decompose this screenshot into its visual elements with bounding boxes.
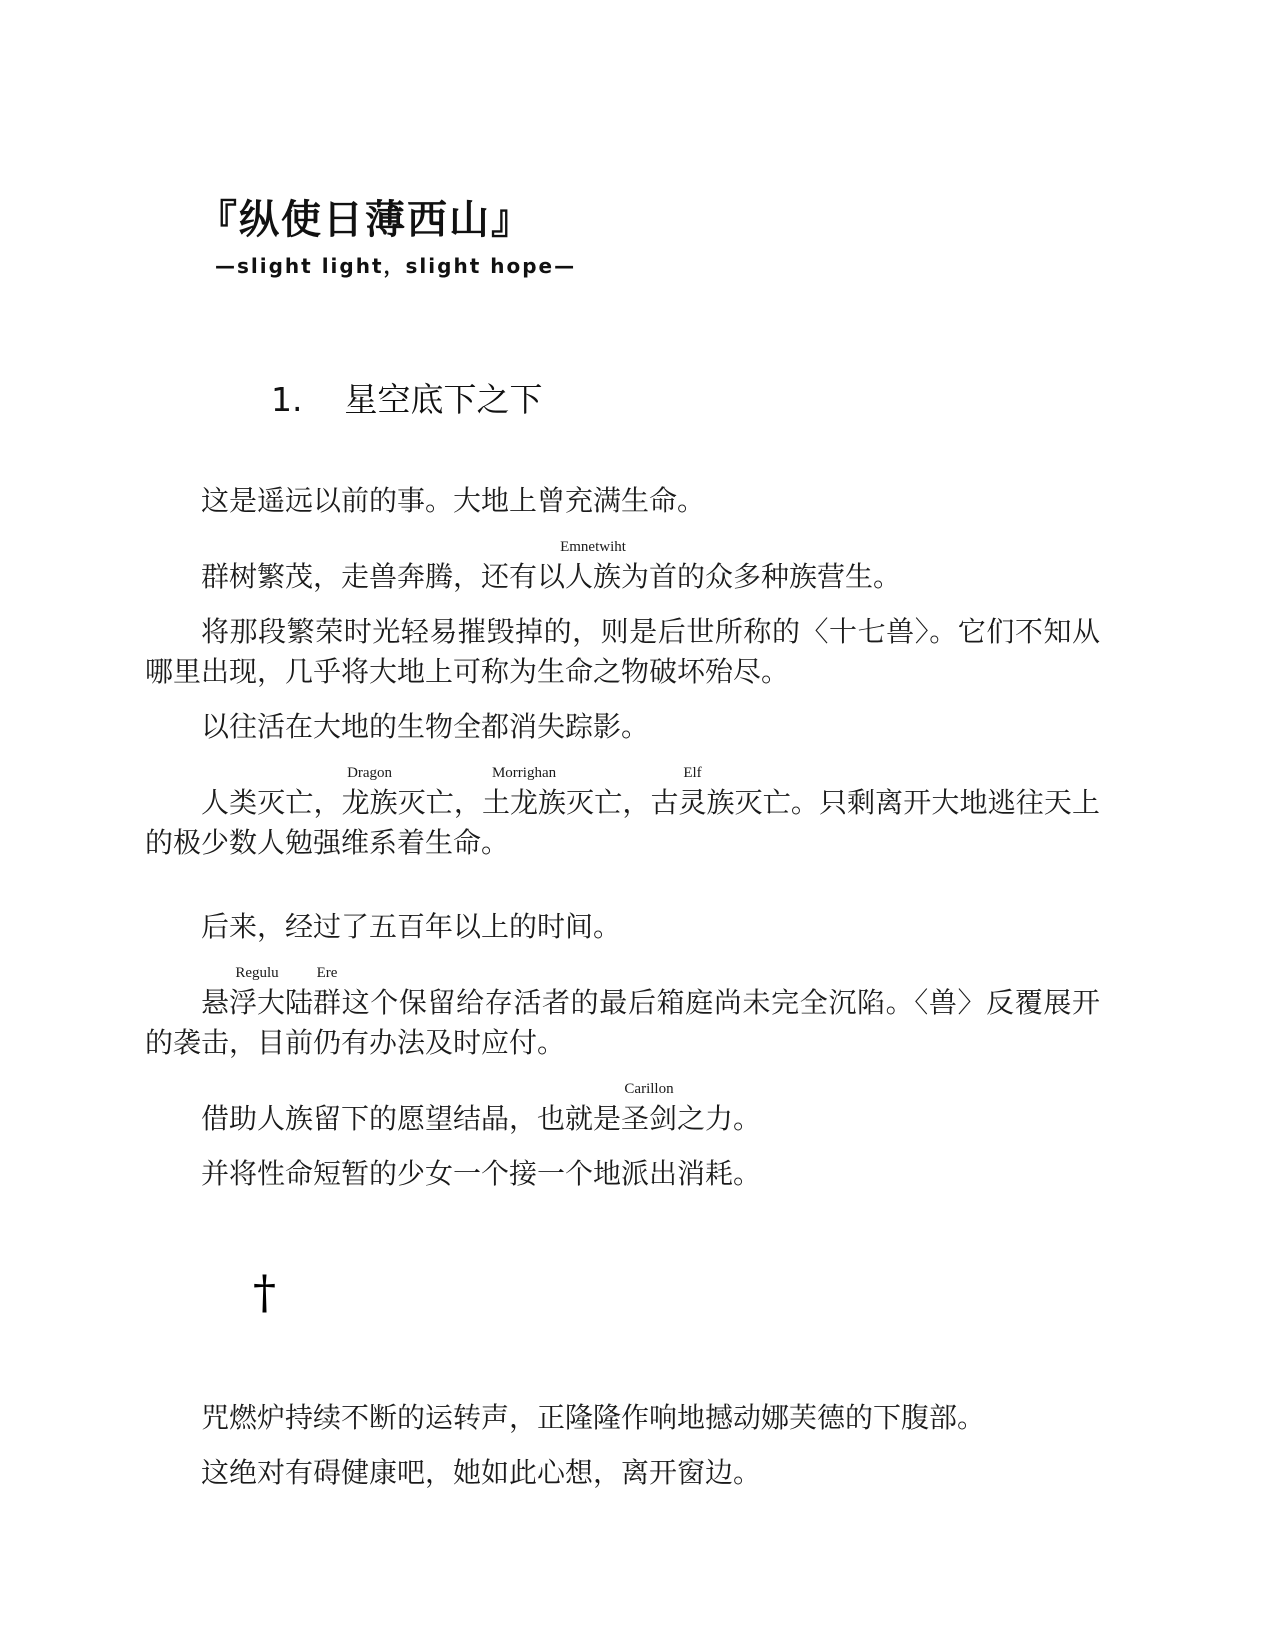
- body-paragraphs-block: 这是遥远以前的事。大地上曾充满生命。群树繁茂，走兽奔腾，还有以人族Emnetwi…: [145, 482, 1100, 1195]
- ruby-annotation: Regulu: [235, 965, 278, 981]
- chapter-number: 1.: [271, 378, 303, 422]
- closing-paragraphs-block: 咒燃炉持续不断的运转声，正隆隆作响地撼动娜芙德的下腹部。这绝对有碍健康吧，她如此…: [145, 1399, 1100, 1494]
- ruby-annotated-term: 圣剑Carillon: [621, 1100, 677, 1140]
- ruby-annotation: Dragon: [347, 765, 392, 781]
- ruby-annotated-term: 群Ere: [313, 984, 341, 1024]
- paragraph: 后来，经过了五百年以上的时间。: [145, 908, 1100, 948]
- paragraph: 并将性命短暂的少女一个接一个地派出消耗。: [145, 1155, 1100, 1195]
- ruby-annotated-term: 古灵族Elf: [651, 784, 735, 824]
- paragraph: 人类灭亡，龙族Dragon灭亡，土龙族Morrighan灭亡，古灵族Elf灭亡。…: [145, 763, 1100, 864]
- chapter-title: 星空底下之下: [345, 380, 543, 419]
- ruby-annotation: Carillon: [624, 1081, 673, 1097]
- novel-page: 『纵使日薄西山』 —slight light，slight hope— 1.星空…: [0, 0, 1275, 1650]
- book-subtitle: —slight light，slight hope—: [215, 254, 1100, 278]
- paragraph: 借助人族留下的愿望结晶，也就是圣剑Carillon之力。: [145, 1079, 1100, 1140]
- paragraph: 这绝对有碍健康吧，她如此心想，离开窗边。: [145, 1454, 1100, 1494]
- paragraph: 悬浮大陆Regulu群Ere这个保留给存活者的最后箱庭尚未完全沉陷。〈兽〉反覆展…: [145, 963, 1100, 1064]
- ruby-annotated-term: 土龙族Morrighan: [482, 784, 566, 824]
- paragraph: 咒燃炉持续不断的运转声，正隆隆作响地撼动娜芙德的下腹部。: [145, 1399, 1100, 1439]
- ruby-annotated-term: 人族Emnetwiht: [565, 558, 621, 598]
- paragraph: 以往活在大地的生物全都消失踪影。: [145, 708, 1100, 748]
- paragraph: 这是遥远以前的事。大地上曾充满生命。: [145, 482, 1100, 522]
- ruby-annotated-term: 悬浮大陆Regulu: [201, 984, 313, 1024]
- chapter-heading: 1.星空底下之下: [271, 378, 1100, 422]
- ruby-annotation: Ere: [317, 965, 338, 981]
- ruby-annotation: Emnetwiht: [560, 539, 626, 555]
- ruby-annotated-term: 龙族Dragon: [342, 784, 398, 824]
- section-break-dagger-icon: †: [253, 1267, 1100, 1317]
- ruby-annotation: Elf: [683, 765, 701, 781]
- paragraph: 群树繁茂，走兽奔腾，还有以人族Emnetwiht为首的众多种族营生。: [145, 537, 1100, 598]
- book-title: 『纵使日薄西山』: [197, 196, 1100, 244]
- ruby-annotation: Morrighan: [492, 765, 556, 781]
- paragraph: 将那段繁荣时光轻易摧毁掉的，则是后世所称的〈十七兽〉。它们不知从哪里出现，几乎将…: [145, 613, 1100, 693]
